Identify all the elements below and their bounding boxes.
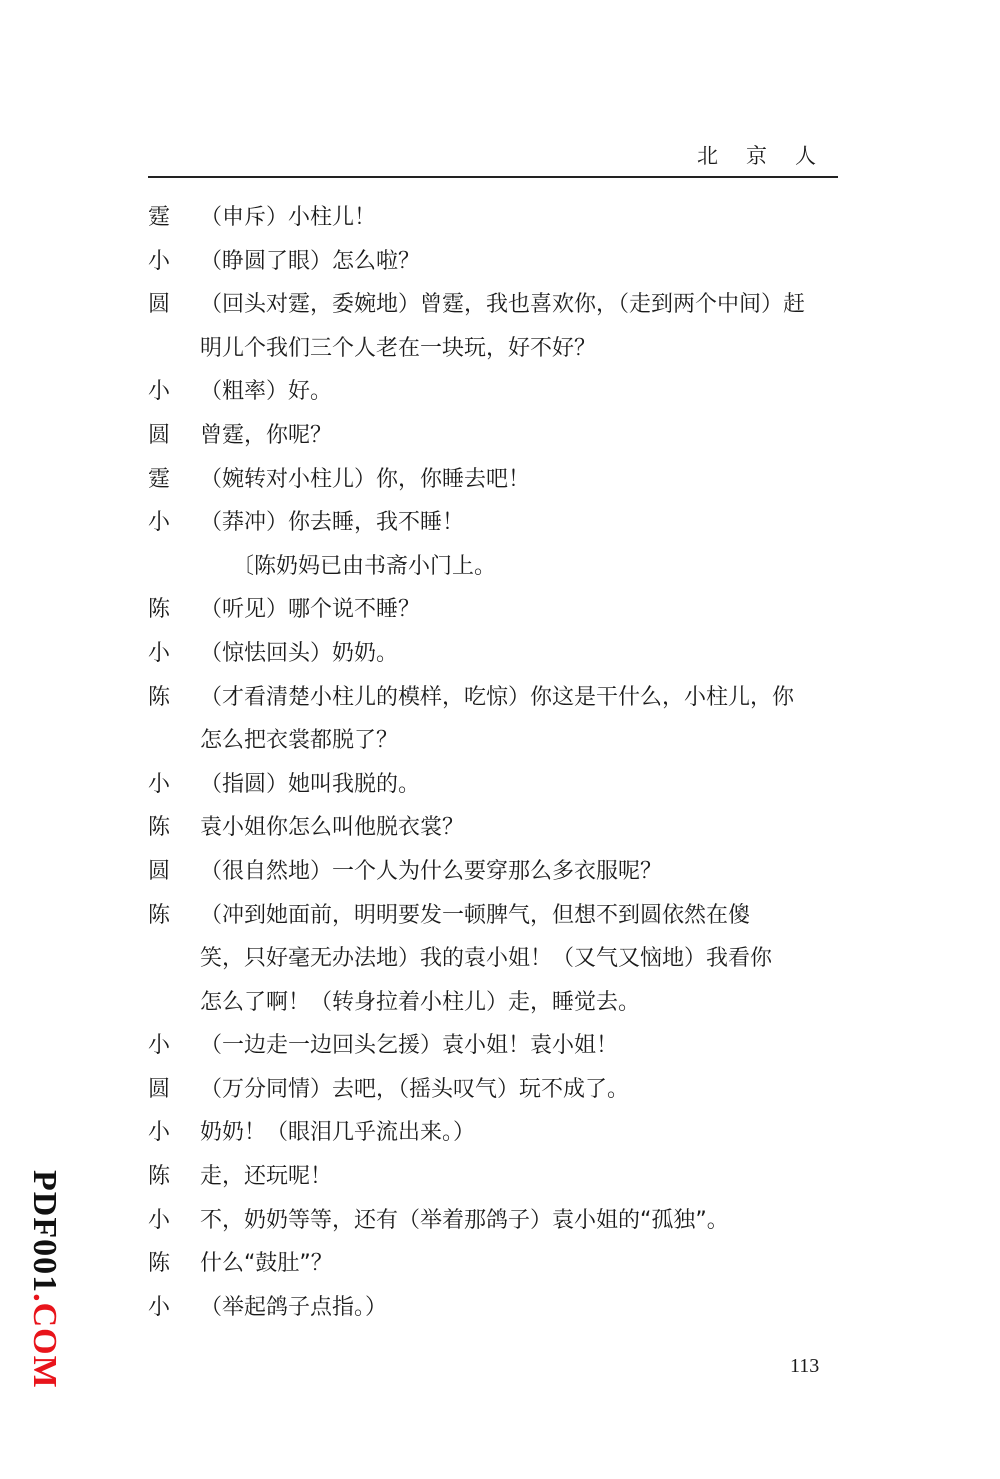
dialogue-line: 圆（万分同情）去吧，（摇头叹气）玩不成了。 (148, 1068, 848, 1112)
page-number: 113 (790, 1355, 819, 1378)
speaker-name: 圆 (148, 283, 188, 327)
speaker-name: 小 (148, 632, 188, 676)
stage-direction: 〔陈奶妈已由书斋小门上。 (148, 545, 848, 589)
speaker-name: 小 (148, 240, 188, 284)
dialogue-line: 小（惊怯回头）奶奶。 (148, 632, 848, 676)
dialogue-text: （回头对霆，委婉地）曾霆，我也喜欢你，（走到两个中间）赶 (200, 283, 805, 327)
dialogue-text: 奶奶！（眼泪几乎流出来。） (200, 1111, 475, 1155)
running-head: 北 京 人 (697, 140, 816, 170)
dialogue-line: 怎么了啊！（转身拉着小柱儿）走，睡觉去。 (148, 981, 848, 1025)
dialogue-line: 小（睁圆了眼）怎么啦？ (148, 240, 848, 284)
speaker-name: 小 (148, 1024, 188, 1068)
dialogue-line: 小（指圆）她叫我脱的。 (148, 763, 848, 807)
dialogue-text: （指圆）她叫我脱的。 (200, 763, 420, 807)
dialogue-line: 霆（申斥）小柱儿！ (148, 196, 848, 240)
speaker-name: 圆 (148, 1068, 188, 1112)
speaker-name: 小 (148, 1199, 188, 1243)
speaker-name: 霆 (148, 458, 188, 502)
dialogue-text: 〔陈奶妈已由书斋小门上。 (232, 545, 496, 589)
dialogue-text: （莽冲）你去睡，我不睡！ (200, 501, 464, 545)
dialogue-line: 陈（才看清楚小柱儿的模样，吃惊）你这是干什么，小柱儿，你 (148, 676, 848, 720)
running-head-char: 人 (795, 140, 816, 170)
speaker-name: 陈 (148, 1242, 188, 1286)
dialogue-text: 笑，只好毫无办法地）我的袁小姐！（又气又恼地）我看你 (200, 937, 772, 981)
dialogue-line: 小不，奶奶等等，还有（举着那鸽子）袁小姐的“孤独”。 (148, 1199, 848, 1243)
dialogue-line: 霆（婉转对小柱儿）你，你睡去吧！ (148, 458, 848, 502)
dialogue-line: 陈（冲到她面前，明明要发一顿脾气，但想不到圆依然在傻 (148, 894, 848, 938)
speaker-name: 陈 (148, 676, 188, 720)
dialogue-line: 陈袁小姐你怎么叫他脱衣裳？ (148, 806, 848, 850)
speaker-name: 圆 (148, 850, 188, 894)
watermark-text: PDF001.COM (24, 1170, 64, 1389)
dialogue-text: （粗率）好。 (200, 370, 332, 414)
dialogue-text: （婉转对小柱儿）你，你睡去吧！ (200, 458, 530, 502)
page-header: 北 京 人 (148, 136, 838, 178)
speaker-name: 小 (148, 763, 188, 807)
dialogue-line: 小（粗率）好。 (148, 370, 848, 414)
speaker-name: 陈 (148, 806, 188, 850)
dialogue-text: 走，还玩呢！ (200, 1155, 332, 1199)
dialogue-text: （听见）哪个说不睡？ (200, 588, 420, 632)
dialogue-text: （睁圆了眼）怎么啦？ (200, 240, 420, 284)
running-head-char: 京 (746, 140, 767, 170)
dialogue-text: （申斥）小柱儿！ (200, 196, 376, 240)
dialogue-text: 袁小姐你怎么叫他脱衣裳？ (200, 806, 464, 850)
dialogue-line: 陈什么“鼓肚”？ (148, 1242, 848, 1286)
dialogue-line: 陈走，还玩呢！ (148, 1155, 848, 1199)
dialogue-text: （万分同情）去吧，（摇头叹气）玩不成了。 (200, 1068, 629, 1112)
dialogue-text: （才看清楚小柱儿的模样，吃惊）你这是干什么，小柱儿，你 (200, 676, 794, 720)
speaker-name: 小 (148, 1111, 188, 1155)
dialogue-text: 什么“鼓肚”？ (200, 1242, 333, 1286)
dialogue-text: （一边走一边回头乞援）袁小姐！袁小姐！ (200, 1024, 618, 1068)
dialogue-text: 不，奶奶等等，还有（举着那鸽子）袁小姐的“孤独”。 (200, 1199, 729, 1243)
speaker-name: 霆 (148, 196, 188, 240)
dialogue-text: 曾霆，你呢？ (200, 414, 332, 458)
dialogue-text: 怎么把衣裳都脱了？ (200, 719, 398, 763)
watermark: PDF001.COM (24, 1170, 64, 1360)
dialogue-line: 明儿个我们三个人老在一块玩，好不好？ (148, 327, 848, 371)
speaker-name: 小 (148, 370, 188, 414)
speaker-name: 小 (148, 1286, 188, 1330)
dialogue-text: （冲到她面前，明明要发一顿脾气，但想不到圆依然在傻 (200, 894, 750, 938)
speaker-name: 陈 (148, 894, 188, 938)
dialogue-text: （举起鸽子点指。） (200, 1286, 387, 1330)
dialogue-text: 明儿个我们三个人老在一块玩，好不好？ (200, 327, 596, 371)
speaker-name: 小 (148, 501, 188, 545)
dialogue-line: 怎么把衣裳都脱了？ (148, 719, 848, 763)
dialogue-line: 小（举起鸽子点指。） (148, 1286, 848, 1330)
dialogue-line: 小（莽冲）你去睡，我不睡！ (148, 501, 848, 545)
dialogue-line: 笑，只好毫无办法地）我的袁小姐！（又气又恼地）我看你 (148, 937, 848, 981)
script-body: 霆（申斥）小柱儿！小（睁圆了眼）怎么啦？圆（回头对霆，委婉地）曾霆，我也喜欢你，… (148, 196, 848, 1329)
speaker-name: 陈 (148, 588, 188, 632)
dialogue-text: （惊怯回头）奶奶。 (200, 632, 398, 676)
speaker-name: 陈 (148, 1155, 188, 1199)
dialogue-line: 小（一边走一边回头乞援）袁小姐！袁小姐！ (148, 1024, 848, 1068)
running-head-char: 北 (697, 140, 718, 170)
dialogue-line: 圆（很自然地）一个人为什么要穿那么多衣服呢？ (148, 850, 848, 894)
dialogue-line: 圆曾霆，你呢？ (148, 414, 848, 458)
speaker-name: 圆 (148, 414, 188, 458)
dialogue-text: （很自然地）一个人为什么要穿那么多衣服呢？ (200, 850, 662, 894)
dialogue-line: 陈（听见）哪个说不睡？ (148, 588, 848, 632)
dialogue-line: 圆（回头对霆，委婉地）曾霆，我也喜欢你，（走到两个中间）赶 (148, 283, 848, 327)
dialogue-text: 怎么了啊！（转身拉着小柱儿）走，睡觉去。 (200, 981, 640, 1025)
dialogue-line: 小奶奶！（眼泪几乎流出来。） (148, 1111, 848, 1155)
